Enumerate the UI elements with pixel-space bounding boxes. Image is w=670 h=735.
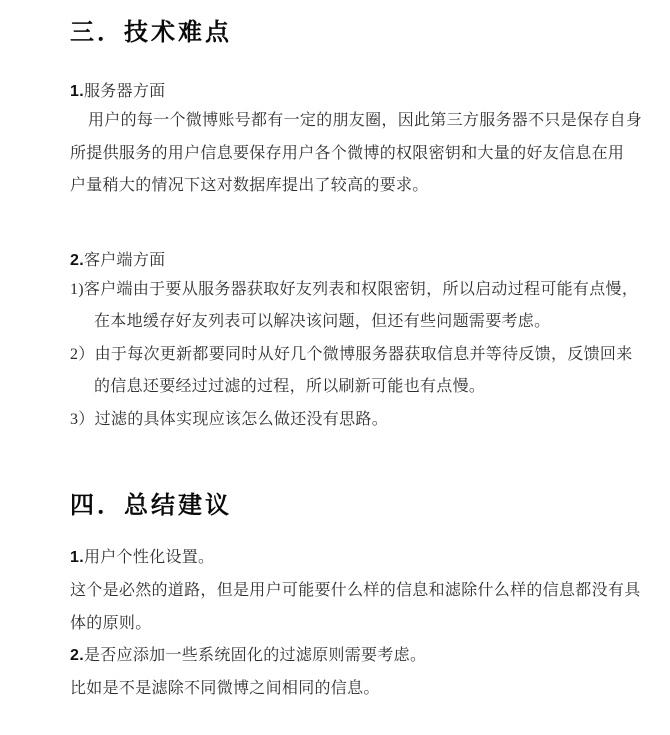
subsection-server-side: 1.服务器方面 xyxy=(70,78,652,105)
summary-body: 这个是必然的道路，但是用户可能要什么样的信息和滤除什么样的信息都没有具 体的原则… xyxy=(70,575,652,705)
subsection-personalization: 1.用户个性化设置。 xyxy=(70,544,652,571)
section-heading-technical-difficulties: 三．技术难点 xyxy=(70,17,652,49)
list-item-line: 1)客户端由于要从服务器获取好友列表和权限密钥，所以启动过程可能有点慢， xyxy=(70,274,652,307)
client-issues-list: 1)客户端由于要从服务器获取好友列表和权限密钥，所以启动过程可能有点慢， 在本地… xyxy=(70,274,652,437)
subsection-client-side: 2.客户端方面 xyxy=(70,247,652,274)
subsection-number: 1. xyxy=(70,83,84,100)
subsection-title: 是否应添加一些系统固化的过滤原则需要考虑。 xyxy=(84,647,426,664)
subsection-title: 服务器方面 xyxy=(84,83,166,100)
subsection-number: 2. xyxy=(70,647,84,664)
paragraph-line: 用户的每一个微博账号都有一定的朋友圈，因此第三方服务器不只是保存自身 xyxy=(70,105,652,138)
paragraph-line: 比如是不是滤除不同微博之间相同的信息。 xyxy=(70,673,652,706)
section-heading-summary-suggestions: 四．总结建议 xyxy=(70,490,652,522)
subsection-title: 用户个性化设置。 xyxy=(84,549,214,566)
paragraph-line: 户量稍大的情况下这对数据库提出了较高的要求。 xyxy=(70,170,652,203)
list-item-line: 的信息还要经过过滤的过程，所以刷新可能也有点慢。 xyxy=(70,371,652,404)
paragraph-line: 所提供服务的用户信息要保存用户各个微博的权限密钥和大量的好友信息在用 xyxy=(70,138,652,171)
list-item-line: 在本地缓存好友列表可以解决该问题，但还有些问题需要考虑。 xyxy=(70,306,652,339)
server-paragraph: 用户的每一个微博账号都有一定的朋友圈，因此第三方服务器不只是保存自身 所提供服务… xyxy=(70,105,652,203)
paragraph-line: 这个是必然的道路，但是用户可能要什么样的信息和滤除什么样的信息都没有具 xyxy=(70,575,652,608)
list-item-line: 2）由于每次更新都要同时从好几个微博服务器获取信息并等待反馈，反馈回来 xyxy=(70,339,652,372)
subsection-title: 客户端方面 xyxy=(84,252,166,269)
subsection-system-rules: 2.是否应添加一些系统固化的过滤原则需要考虑。 xyxy=(70,640,652,673)
list-item-line: 3）过滤的具体实现应该怎么做还没有思路。 xyxy=(70,404,652,437)
subsection-number: 1. xyxy=(70,549,84,566)
document-page: 三．技术难点 1.服务器方面 用户的每一个微博账号都有一定的朋友圈，因此第三方服… xyxy=(0,0,670,735)
paragraph-line: 体的原则。 xyxy=(70,608,652,641)
subsection-number: 2. xyxy=(70,252,84,269)
